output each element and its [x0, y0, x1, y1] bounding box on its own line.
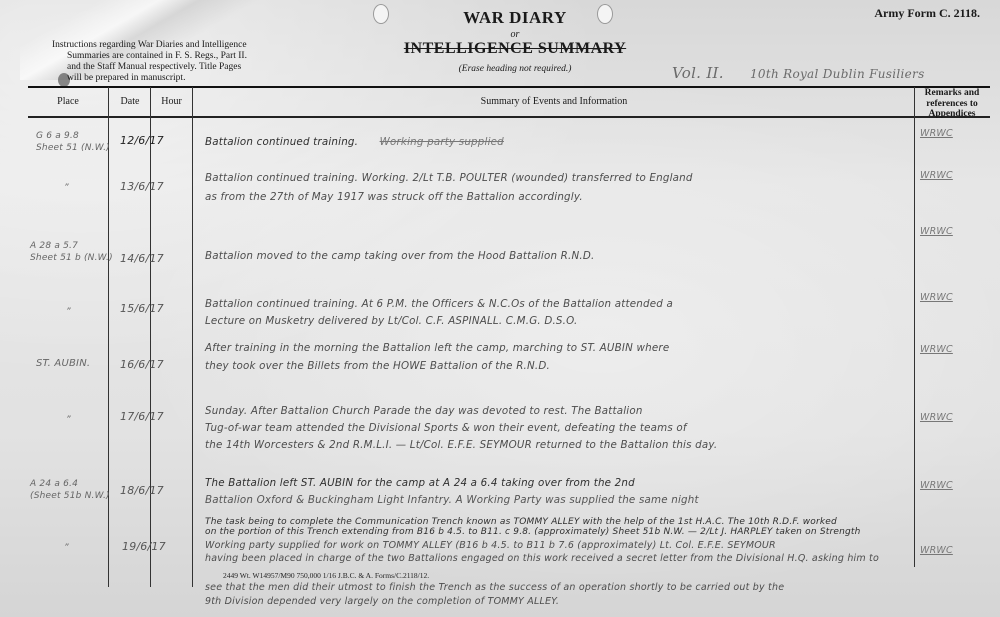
- entry-line: The task being to complete the Communica…: [205, 517, 861, 527]
- place-line: ”: [64, 542, 69, 554]
- entry-line: Working party supplied for work on TOMMY…: [205, 540, 879, 551]
- place-line: (Sheet 51b N.W.): [30, 490, 110, 502]
- entry-place: ST. AUBIN.: [36, 358, 90, 370]
- entry-line: Tug-of-war team attended the Divisional …: [205, 422, 717, 434]
- form-alt-title-struck: INTELLIGENCE SUMMARY: [0, 40, 1000, 58]
- entry-date: 17/6/17: [120, 410, 164, 423]
- remarks-header-line: Remarks and: [916, 88, 988, 99]
- handwritten-unit-header: Vol. II. 10th Royal Dublin Fusiliers: [672, 64, 925, 82]
- place-line: A 28 a 5.7: [30, 240, 113, 252]
- place-line: G 6 a 9.8: [36, 130, 110, 142]
- entry-line: as from the 27th of May 1917 was struck …: [205, 191, 693, 203]
- entry-line: Battalion continued training. At 6 P.M. …: [205, 298, 673, 310]
- column-divider: [192, 87, 193, 587]
- form-imprint: 2449 Wt. W14957/M90 750,000 1/16 J.B.C. …: [223, 571, 429, 580]
- entry-line: having been placed in charge of the two …: [205, 553, 879, 564]
- column-header-summary: Summary of Events and Information: [194, 96, 914, 107]
- entry-text: The Battalion left ST. AUBIN for the cam…: [205, 477, 699, 506]
- entry-text-continued: see that the men did their utmost to fin…: [205, 582, 784, 607]
- army-form-number: Army Form C. 2118.: [874, 6, 980, 21]
- remarks-header-line: references to: [916, 99, 988, 110]
- diary-page: Instructions regarding War Diaries and I…: [0, 0, 1000, 617]
- form-title-or: or: [0, 29, 1000, 40]
- entry-text: Battalion continued training. Working pa…: [205, 136, 504, 148]
- remark-initials: WRWC: [920, 226, 953, 237]
- entry-line: Lecture on Musketry delivered by Lt/Col.…: [205, 315, 673, 327]
- place-line: ”: [66, 414, 71, 426]
- entry-line: After training in the morning the Battal…: [205, 342, 669, 354]
- entry-line: 9th Division depended very largely on th…: [205, 596, 784, 607]
- column-header-date: Date: [110, 96, 150, 107]
- place-line: ”: [64, 182, 69, 194]
- entry-date: 14/6/17: [120, 252, 164, 265]
- instructions-line: will be prepared in manuscript.: [52, 73, 284, 84]
- entry-date: 15/6/17: [120, 302, 164, 315]
- entry-place: ”: [64, 182, 69, 194]
- entry-text: Sunday. After Battalion Church Parade th…: [205, 405, 717, 451]
- entry-line: the 14th Worcesters & 2nd R.M.L.I. — Lt/…: [205, 439, 717, 451]
- entry-date: 18/6/17: [120, 484, 164, 497]
- entry-place: A 24 a 6.4 (Sheet 51b N.W.): [30, 478, 110, 502]
- entry-date: 16/6/17: [120, 358, 164, 371]
- entry-line: on the portion of this Trench extending …: [205, 527, 861, 537]
- column-divider: [150, 87, 151, 587]
- column-divider: [914, 87, 915, 567]
- entry-place: ”: [66, 414, 71, 426]
- entry-line: The Battalion left ST. AUBIN for the cam…: [205, 477, 699, 489]
- place-line: Sheet 51 b (N.W.): [30, 252, 113, 264]
- entry-line: Sunday. After Battalion Church Parade th…: [205, 405, 717, 417]
- entry-line: Battalion continued training.: [205, 136, 358, 148]
- table-header-rule: [28, 116, 990, 118]
- entry-text: Working party supplied for work on TOMMY…: [205, 540, 879, 564]
- entry-text: Battalion moved to the camp taking over …: [205, 250, 594, 262]
- place-line: ST. AUBIN.: [36, 358, 90, 370]
- entry-place: A 28 a 5.7 Sheet 51 b (N.W.): [30, 240, 113, 264]
- remark-initials: WRWC: [920, 292, 953, 303]
- remark-initials: WRWC: [920, 412, 953, 423]
- entry-date: 13/6/17: [120, 180, 164, 193]
- entry-line: Battalion Oxford & Buckingham Light Infa…: [205, 494, 699, 506]
- entry-inserted-text: The task being to complete the Communica…: [205, 517, 861, 537]
- entry-date: 19/6/17: [122, 540, 166, 553]
- unit-name: 10th Royal Dublin Fusiliers: [750, 67, 925, 81]
- place-line: Sheet 51 (N.W.): [36, 142, 110, 154]
- entry-place: ”: [66, 306, 71, 318]
- entry-text: Battalion continued training. Working. 2…: [205, 172, 693, 203]
- remark-initials: WRWC: [920, 344, 953, 355]
- entry-text: Battalion continued training. At 6 P.M. …: [205, 298, 673, 327]
- remark-initials: WRWC: [920, 545, 953, 556]
- entry-line: see that the men did their utmost to fin…: [205, 582, 784, 593]
- form-title: WAR DIARY: [0, 8, 1000, 28]
- entry-date: 12/6/17: [120, 134, 164, 147]
- column-header-remarks: Remarks and references to Appendices: [916, 88, 988, 120]
- remark-initials: WRWC: [920, 170, 953, 181]
- place-line: ”: [66, 306, 71, 318]
- entry-place: G 6 a 9.8 Sheet 51 (N.W.): [36, 130, 110, 154]
- entry-text: After training in the morning the Battal…: [205, 342, 669, 372]
- volume-number: Vol. II.: [672, 64, 724, 82]
- entry-line: they took over the Billets from the HOWE…: [205, 360, 669, 372]
- entry-line: Battalion continued training. Working. 2…: [205, 172, 693, 184]
- remark-initials: WRWC: [920, 128, 953, 139]
- column-header-place: Place: [30, 96, 106, 107]
- column-header-hour: Hour: [151, 96, 192, 107]
- entry-place: ”: [64, 542, 69, 554]
- table-top-rule: [28, 86, 990, 88]
- remark-initials: WRWC: [920, 480, 953, 491]
- remarks-header-line: Appendices: [916, 109, 988, 120]
- column-divider: [108, 87, 109, 587]
- place-line: A 24 a 6.4: [30, 478, 110, 490]
- entry-struck-text: Working party supplied: [380, 136, 504, 148]
